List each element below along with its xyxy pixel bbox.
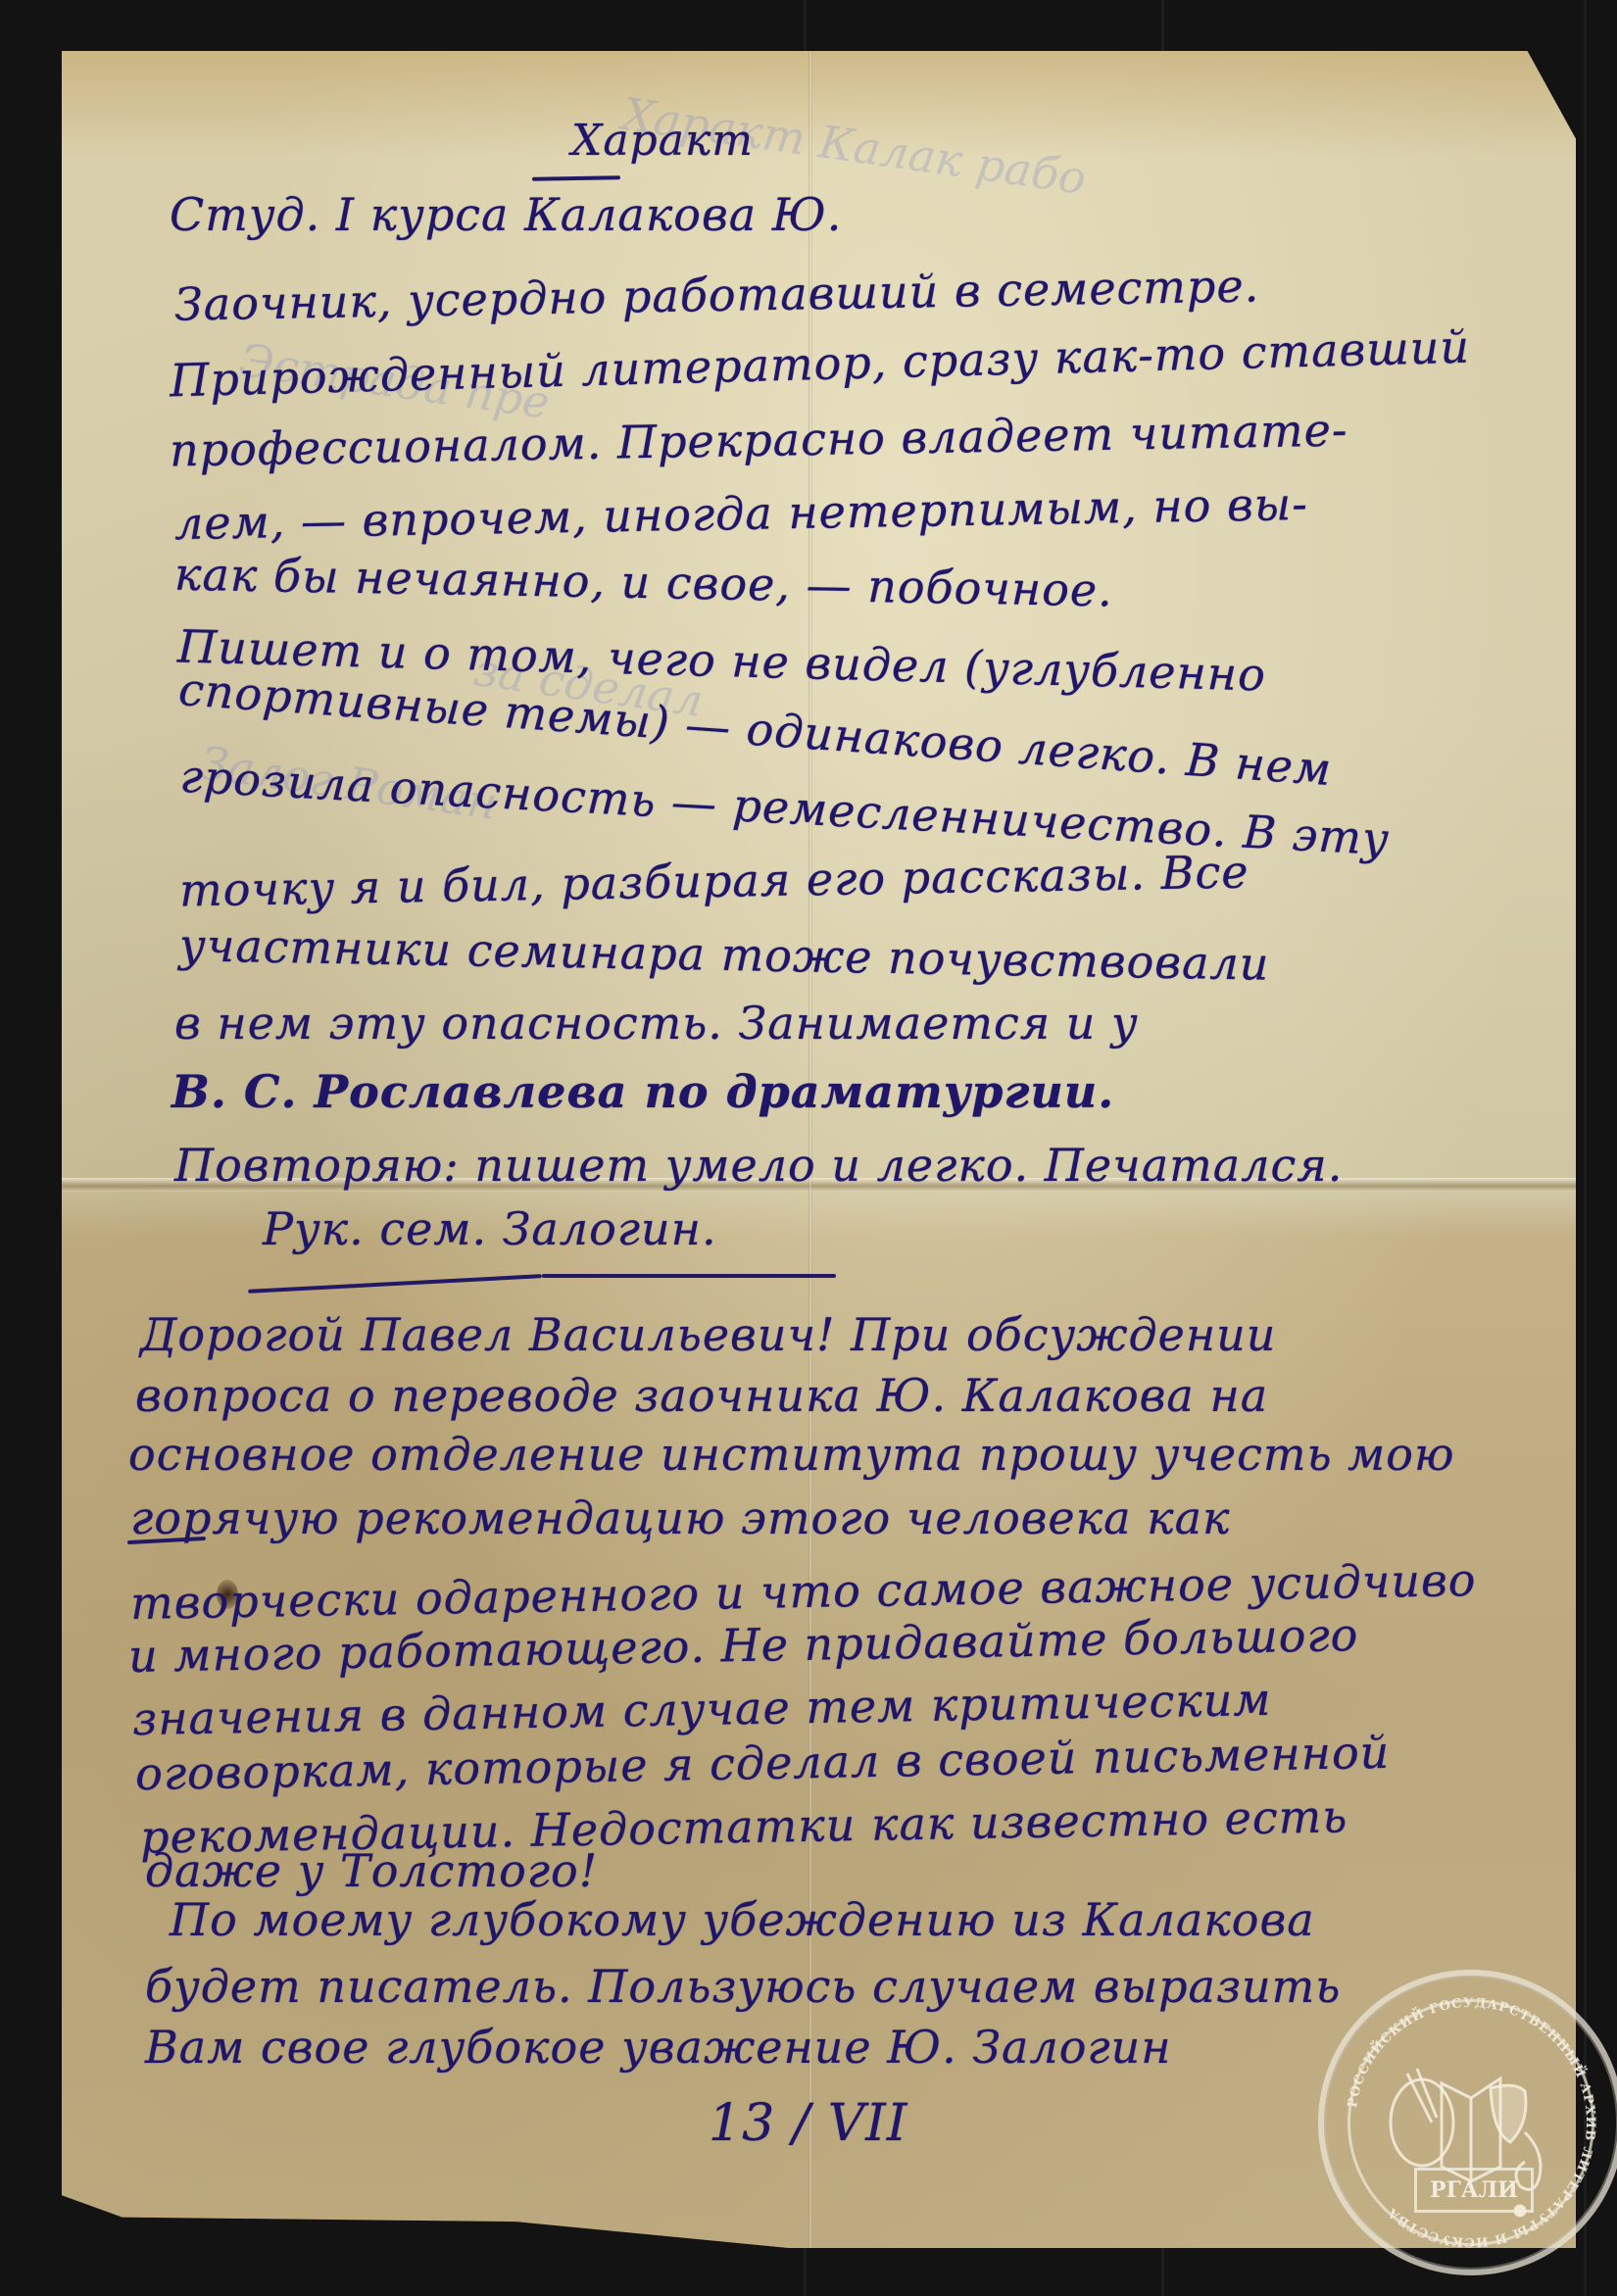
archive-stamp: РОССИЙСКИЙ ГОСУДАРСТВЕННЫЙ АРХИВ ЛИТЕРАТ…: [1318, 1970, 1617, 2275]
upper-line-10: участники семинара тоже почувствовали: [179, 918, 1270, 990]
upper-line-2: Прирожденный литератор, сразу как-то ста…: [170, 320, 1471, 408]
signature-underline: [248, 1274, 542, 1294]
lower-line-10: даже у Толстого!: [145, 1844, 598, 1897]
upper-line-11: в нем эту опасность. Занимается и у: [174, 997, 1139, 1050]
lower-line-4: горячую рекомендацию этого человека как: [130, 1491, 1231, 1544]
signature-underline: [542, 1274, 836, 1278]
stamp-label: РГАЛИ: [1414, 2168, 1534, 2213]
upper-line-13: Повторяю: пишет умело и легко. Печатался…: [174, 1139, 1343, 1192]
upper-signature: Рук. сем. Залогин.: [263, 1202, 717, 1255]
lower-line-12: будет писатель. Пользуюсь случаем вырази…: [145, 1960, 1341, 2013]
upper-line-1: Заочник, усердно работавший в семестре.: [174, 259, 1260, 330]
subheading: Студ. I курса Калакова Ю.: [170, 188, 842, 241]
letter-date: 13 / VII: [709, 2094, 907, 2153]
lower-line-11: По моему глубокому убеждению из Калакова: [170, 1893, 1315, 1946]
upper-line-12: В. С. Рославлева по драматургии.: [171, 1065, 1114, 1118]
letter-paper: Характ Калак рабо Эстрада пре за сделал …: [62, 51, 1576, 2248]
upper-line-4: лем, — впрочем, иногда нетерпимым, но вы…: [174, 477, 1309, 550]
background-scan-edge: [1584, 0, 1587, 2296]
upper-line-9: точку я и бил, разбирая его рассказы. Вс…: [179, 845, 1249, 916]
upper-line-5: как бы нечаянно, и свое, — побочное.: [174, 548, 1114, 617]
heading: Характ: [571, 116, 754, 166]
lower-line-3: основное отделение института прошу учест…: [128, 1428, 1454, 1481]
lower-line-13: Вам свое глубокое уважение Ю. Залогин: [145, 2021, 1172, 2074]
heading-underline: [532, 175, 620, 181]
lower-line-1: Дорогой Павел Васильевич! При обсуждении: [140, 1308, 1276, 1361]
upper-line-3: профессионалом. Прекрасно владеет читате…: [170, 404, 1348, 477]
lower-line-2: вопроса о переводе заочника Ю. Калакова …: [135, 1369, 1268, 1422]
